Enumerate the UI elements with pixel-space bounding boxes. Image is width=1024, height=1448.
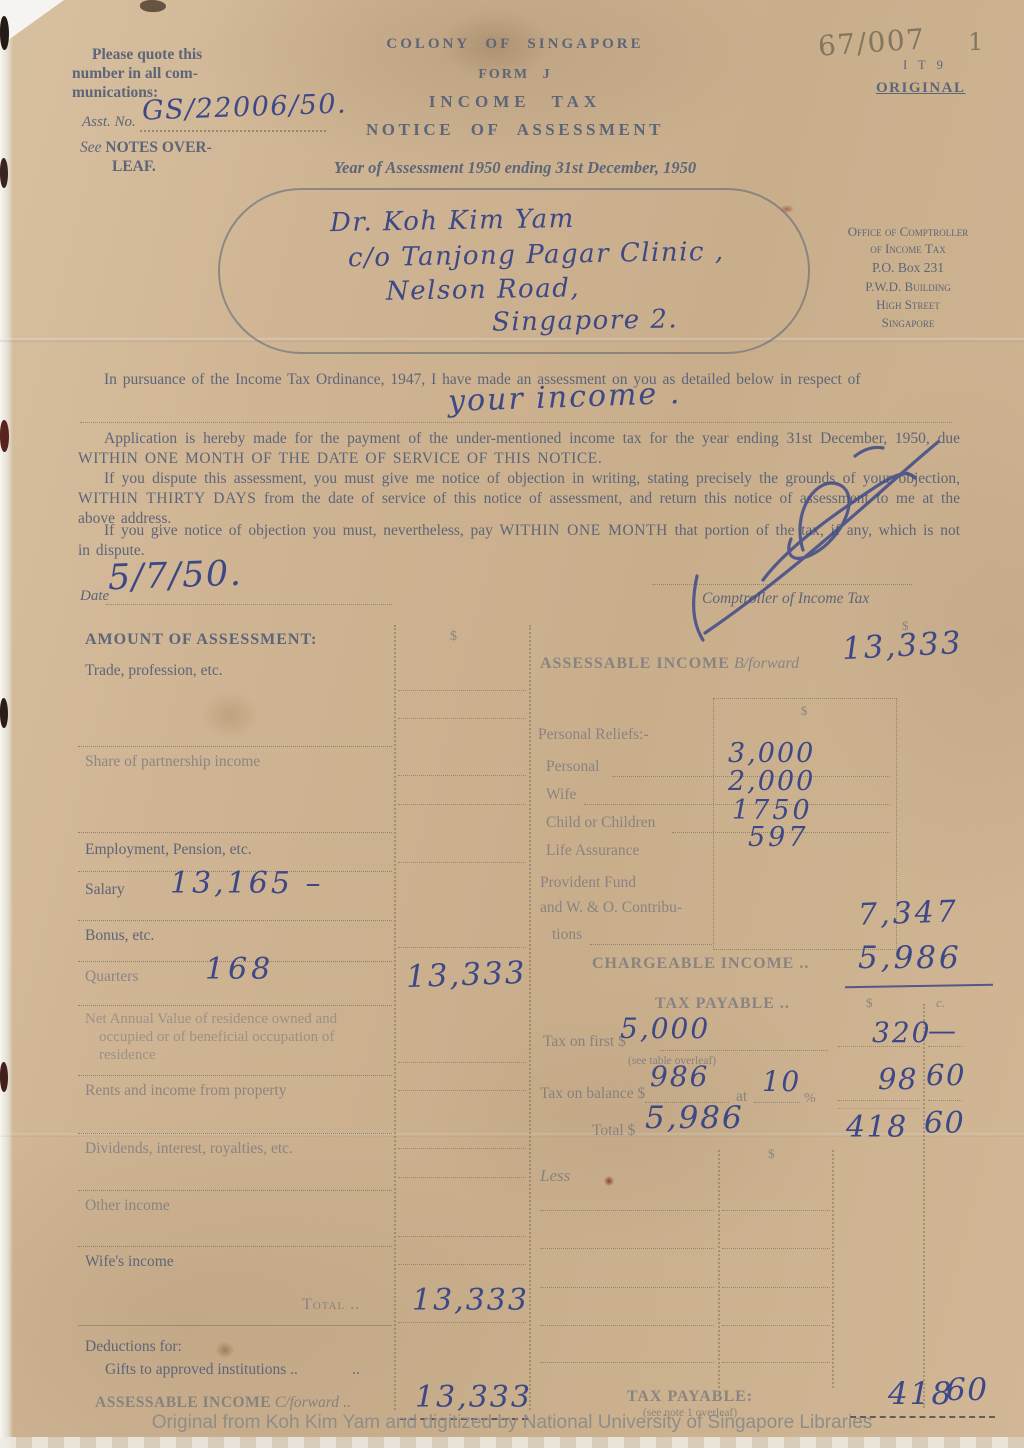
edge-mark	[0, 420, 9, 452]
chargeable-label: CHARGEABLE INCOME ..	[592, 955, 809, 973]
gifts-dots: ..	[352, 1361, 360, 1379]
office-line2: of Income Tax	[812, 241, 1004, 257]
office-line1: Office of Comptroller	[812, 224, 1004, 240]
total-label: Total ..	[302, 1296, 360, 1314]
pencil-reference: 67/007	[817, 22, 927, 62]
row-salary: Salary	[85, 881, 125, 899]
edge-mark	[0, 698, 8, 728]
col-cents-header: c.	[936, 995, 945, 1011]
nav-line2: occupied or of beneficial occupation of	[99, 1028, 337, 1046]
less-row-line	[722, 1362, 830, 1363]
cents-line	[928, 1046, 962, 1047]
less-row-line	[540, 1362, 714, 1363]
row-other-income: Other income	[85, 1197, 170, 1215]
income-type-handwritten: your income .	[447, 376, 681, 419]
income-tax-title: INCOME TAX	[300, 92, 730, 112]
notes-overleaf-2: LEAF.	[112, 158, 156, 176]
rate-fill: 10	[762, 1065, 801, 1098]
notes-overleaf-1: NOTES OVER-	[105, 139, 211, 156]
less-row-line	[540, 1248, 714, 1249]
scanned-tax-notice: Please quote this number in all com- mun…	[0, 0, 1024, 1448]
relief-wife-label: Wife	[546, 786, 576, 804]
tax-balance-dollars: 98	[878, 1062, 918, 1096]
less-dollar-header: $	[768, 1146, 775, 1162]
quarters-value: 168	[205, 952, 274, 987]
tax-balance-cents: 60	[926, 1058, 966, 1092]
tax-first-dollars: 320	[872, 1016, 931, 1049]
quote-note-line1: Please quote this	[92, 46, 202, 64]
less-row-line	[722, 1325, 830, 1326]
form-code: I T 9	[903, 58, 947, 73]
final-tax-dollars: 418	[888, 1376, 953, 1412]
relief-pf-line3: tions	[552, 926, 582, 944]
bforward-text: ASSESSABLE INCOME	[540, 655, 730, 672]
assessable-cf-dots: ..	[343, 1394, 351, 1411]
row-partnership: Share of partnership income	[85, 753, 260, 771]
para-application-caps: WITHIN ONE MONTH OF THE DATE OF SERVICE …	[78, 450, 602, 467]
quote-note-line2: number in all com-	[72, 65, 198, 83]
edge-mark	[0, 158, 8, 188]
reliefs-total-value: 7,347	[857, 894, 959, 932]
para-dispute-caps: WITHIN THIRTY DAYS	[78, 490, 256, 507]
chargeable-value: 5,986	[858, 940, 962, 976]
employment-subtotal-value: 13,333	[405, 955, 527, 995]
relief-pf-line2: and W. & O. Contribu-	[540, 899, 682, 917]
final-tax-payable-label: TAX PAYABLE:	[600, 1388, 780, 1406]
less-row-line	[722, 1287, 830, 1288]
office-street: High Street	[812, 297, 1004, 313]
torn-corner	[0, 0, 64, 46]
percent-label: %	[804, 1091, 816, 1107]
salary-value: 13,165 –	[170, 866, 324, 901]
less-label: Less	[540, 1166, 570, 1186]
less-divider-left	[718, 1150, 720, 1388]
signature	[645, 428, 955, 643]
relief-pf-line	[590, 944, 712, 945]
row-employment: Employment, Pension, etc.	[85, 841, 252, 859]
tax-first-line	[660, 1050, 828, 1051]
original-stamp: ORIGINAL	[876, 80, 966, 97]
assessable-cf-italic: C/forward	[275, 1394, 339, 1411]
cents-line	[928, 1100, 962, 1101]
amount-line	[838, 1108, 920, 1109]
less-divider-right	[832, 1150, 834, 1388]
row-trade: Trade, profession, etc.	[85, 662, 223, 680]
date-value: 5/7/50.	[107, 554, 243, 599]
date-line	[106, 604, 392, 605]
chargeable-underline	[845, 984, 993, 989]
bforward-italic: B/forward	[734, 655, 799, 672]
gifts-label: Gifts to approved institutions ..	[105, 1361, 298, 1379]
row-rents: Rents and income from property	[85, 1082, 286, 1100]
notice-title: NOTICE OF ASSESSMENT	[300, 120, 730, 140]
total-value: 13,333	[412, 1283, 529, 1318]
row-net-annual-value: Net Annual Value of residence owned and …	[85, 1010, 337, 1064]
para-objection-caps: WITHIN ONE MONTH	[500, 522, 668, 539]
less-row-line	[540, 1210, 714, 1211]
row-wife-income: Wife's income	[85, 1253, 174, 1271]
deductions-label: Deductions for:	[85, 1338, 182, 1356]
amount-line	[838, 1100, 920, 1101]
colony-title: COLONY OF SINGAPORE	[300, 36, 730, 53]
torn-bottom-edge	[0, 1437, 1024, 1448]
tax-first-cents: —	[928, 1014, 958, 1047]
nav-line1: Net Annual Value of residence owned and	[85, 1010, 337, 1028]
pencil-page-number: 1	[968, 28, 985, 56]
office-building: P.W.D. Building	[812, 279, 1004, 295]
asst-no-line	[140, 130, 326, 132]
office-pobox: P.O. Box 231	[812, 260, 1004, 276]
amount-line	[838, 1046, 920, 1047]
less-row-line	[540, 1287, 714, 1288]
assessable-cforward-label: ASSESSABLE INCOME C/forward ..	[95, 1394, 351, 1412]
tax-total-label: Total $	[592, 1122, 635, 1140]
tax-total-dollars: 418	[846, 1110, 908, 1145]
addressee-line3: Nelson Road,	[386, 273, 581, 306]
see-notes: See NOTES OVER-	[80, 139, 212, 157]
edge-mark	[0, 1062, 8, 1092]
fill-line	[80, 422, 952, 423]
tax-first-fill: 5,000	[620, 1012, 710, 1045]
addressee-line4: Singapore 2.	[492, 304, 679, 337]
assessment-dollar-header: $	[450, 629, 457, 645]
rate-line	[754, 1102, 800, 1103]
tax-balance-label: Tax on balance $	[540, 1085, 645, 1103]
digitization-credit: Original from Koh Kim Yam and digitized …	[0, 1412, 1024, 1434]
asst-no-label: Asst. No.	[82, 114, 136, 131]
tax-total-fill: 5,986	[645, 1100, 744, 1136]
relief-life-label: Life Assurance	[546, 842, 639, 860]
nav-line3: residence	[99, 1046, 337, 1064]
reliefs-box-dollar: $	[713, 703, 895, 719]
less-row-line	[722, 1248, 830, 1249]
final-tax-cents: 60	[946, 1372, 988, 1408]
assessment-title: AMOUNT OF ASSESSMENT:	[85, 631, 317, 649]
tax-first-label: Tax on first $	[543, 1033, 626, 1051]
relief-wife-value: 2,000	[728, 766, 815, 797]
col-dollar-header: $	[866, 995, 873, 1011]
see-word: See	[80, 139, 102, 156]
bforward-value: 13,333	[841, 625, 963, 667]
less-row-line	[540, 1325, 714, 1326]
edge-mark	[0, 16, 9, 50]
stain	[216, 1342, 234, 1358]
tax-payable-header: TAX PAYABLE ..	[655, 995, 790, 1013]
assessable-cforward-value: 13,333	[415, 1380, 532, 1415]
row-bonus: Bonus, etc.	[85, 927, 154, 945]
column-divider	[529, 625, 531, 1410]
relief-personal-value: 3,000	[728, 738, 815, 769]
row-quarters: Quarters	[85, 968, 138, 986]
assessable-cf-text: ASSESSABLE INCOME	[95, 1394, 271, 1411]
relief-pf-line1: Provident Fund	[540, 874, 636, 892]
row-dividends: Dividends, interest, royalties, etc.	[85, 1140, 293, 1158]
tax-total-cents: 60	[924, 1106, 965, 1141]
para-objection-text1: If you give notice of objection you must…	[104, 522, 500, 539]
table-divider	[394, 625, 396, 1410]
less-row-line	[722, 1210, 830, 1211]
assessment-year-line: Year of Assessment 1950 ending 31st Dece…	[260, 158, 770, 178]
date-label: Date	[80, 588, 109, 605]
relief-child-label: Child or Children	[546, 814, 655, 832]
stain	[200, 690, 260, 740]
relief-life-value: 597	[748, 822, 809, 853]
stain	[604, 1176, 614, 1186]
cents-divider	[923, 1004, 925, 1408]
office-city: Singapore	[812, 315, 1004, 331]
form-title: FORM J	[300, 67, 730, 83]
edge-mark	[140, 0, 166, 12]
addressee-name: Dr. Koh Kim Yam	[330, 204, 575, 238]
tax-balance-fill: 986	[650, 1060, 709, 1093]
reliefs-header: Personal Reliefs:-	[538, 726, 649, 744]
bforward-label: ASSESSABLE INCOME B/forward	[540, 655, 799, 673]
relief-personal-label: Personal	[546, 758, 599, 776]
